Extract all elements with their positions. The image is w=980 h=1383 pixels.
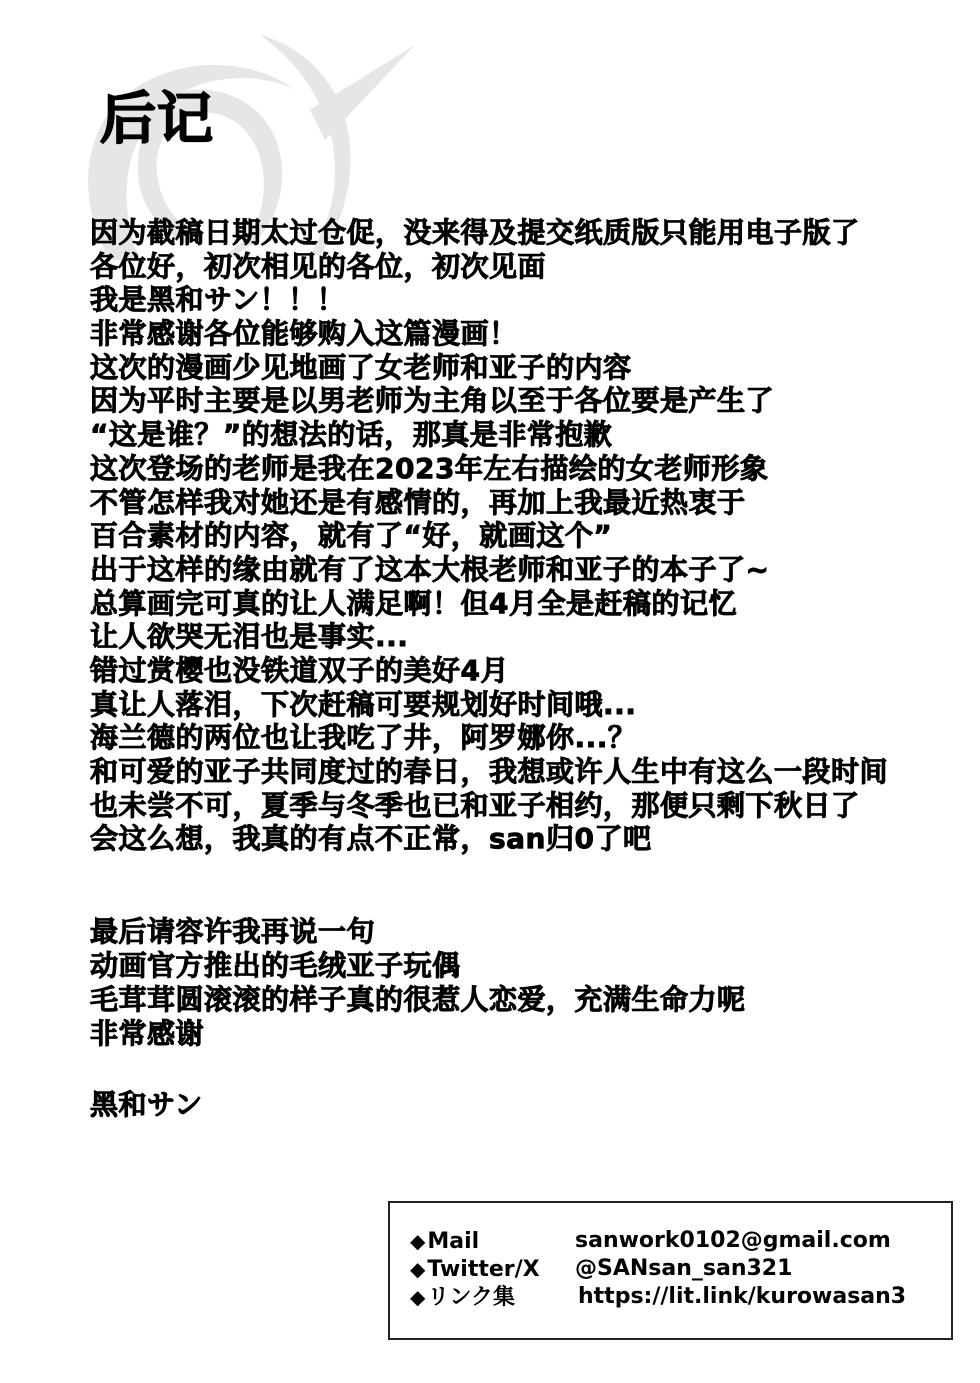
body-line: 海兰德的两位也让我吃了井，阿罗娜你...？ bbox=[90, 721, 888, 755]
body-line: 会这么想，我真的有点不正常，san归0了吧 bbox=[90, 822, 888, 856]
body-line: 错过赏樱也没铁道双子的美好4月 bbox=[90, 654, 888, 688]
closing-line: 非常感谢 bbox=[90, 1017, 746, 1051]
body-line: 这次的漫画少见地画了女老师和亚子的内容 bbox=[90, 351, 888, 385]
closing-paragraph: 最后请容许我再说一句 动画官方推出的毛绒亚子玩偶 毛茸茸圆滚滚的样子真的很惹人恋… bbox=[90, 915, 746, 1051]
page-title: 后记 bbox=[100, 92, 214, 148]
body-line: 总算画完可真的让人满足啊！但4月全是赶稿的记忆 bbox=[90, 587, 888, 621]
body-line: 让人欲哭无泪也是事实... bbox=[90, 620, 888, 654]
contact-label: Twitter/X bbox=[427, 1256, 539, 1284]
body-line: 和可爱的亚子共同度过的春日，我想或许人生中有这么一段时间 bbox=[90, 755, 888, 789]
closing-line: 最后请容许我再说一句 bbox=[90, 915, 746, 949]
body-line: 因为平时主要是以男老师为主角以至于各位要是产生了 bbox=[90, 384, 888, 418]
body-line: “这是谁？”的想法的话，那真是非常抱歉 bbox=[90, 418, 888, 452]
litlink-url-link[interactable]: https://lit.link/kurowasan3 bbox=[578, 1283, 906, 1311]
contact-row-mail: ◆Mail sanwork0102@gmail.com bbox=[410, 1227, 479, 1255]
twitter-handle-link[interactable]: @SANsan_san321 bbox=[575, 1255, 792, 1283]
contact-label: リンク集 bbox=[427, 1284, 515, 1312]
body-line: 出于这样的缘由就有了这本大根老师和亚子的本子了~ bbox=[90, 553, 888, 587]
diamond-bullet-icon: ◆ bbox=[410, 1283, 425, 1311]
body-line: 因为截稿日期太过仓促，没来得及提交纸质版只能用电子版了 bbox=[90, 216, 888, 250]
contact-info-box: ◆Mail sanwork0102@gmail.com ◆Twitter/X @… bbox=[388, 1201, 953, 1340]
body-line: 不管怎样我对她还是有感情的，再加上我最近热衷于 bbox=[90, 486, 888, 520]
email-link[interactable]: sanwork0102@gmail.com bbox=[575, 1227, 891, 1255]
body-line: 也未尝不可，夏季与冬季也已和亚子相约，那便只剩下秋日了 bbox=[90, 789, 888, 823]
body-line: 这次登场的老师是我在2023年左右描绘的女老师形象 bbox=[90, 452, 888, 486]
diamond-bullet-icon: ◆ bbox=[410, 1227, 425, 1255]
closing-line: 动画官方推出的毛绒亚子玩偶 bbox=[90, 949, 746, 983]
contact-row-twitter: ◆Twitter/X @SANsan_san321 bbox=[410, 1255, 540, 1283]
body-line: 各位好，初次相见的各位，初次见面 bbox=[90, 250, 888, 284]
author-signature: 黑和サン bbox=[90, 1088, 203, 1122]
afterword-body: 因为截稿日期太过仓促，没来得及提交纸质版只能用电子版了 各位好，初次相见的各位，… bbox=[90, 216, 888, 856]
diamond-bullet-icon: ◆ bbox=[410, 1255, 425, 1283]
contact-label: Mail bbox=[427, 1228, 479, 1256]
body-line: 我是黑和サン！！！ bbox=[90, 283, 888, 317]
contact-row-links: ◆リンク集 https://lit.link/kurowasan3 bbox=[410, 1283, 515, 1311]
body-line: 非常感谢各位能够购入这篇漫画！ bbox=[90, 317, 888, 351]
body-line: 百合素材的内容，就有了“好，就画这个” bbox=[90, 519, 888, 553]
closing-line: 毛茸茸圆滚滚的样子真的很惹人恋爱，充满生命力呢 bbox=[90, 983, 746, 1017]
body-line: 真让人落泪，下次赶稿可要规划好时间哦... bbox=[90, 688, 888, 722]
